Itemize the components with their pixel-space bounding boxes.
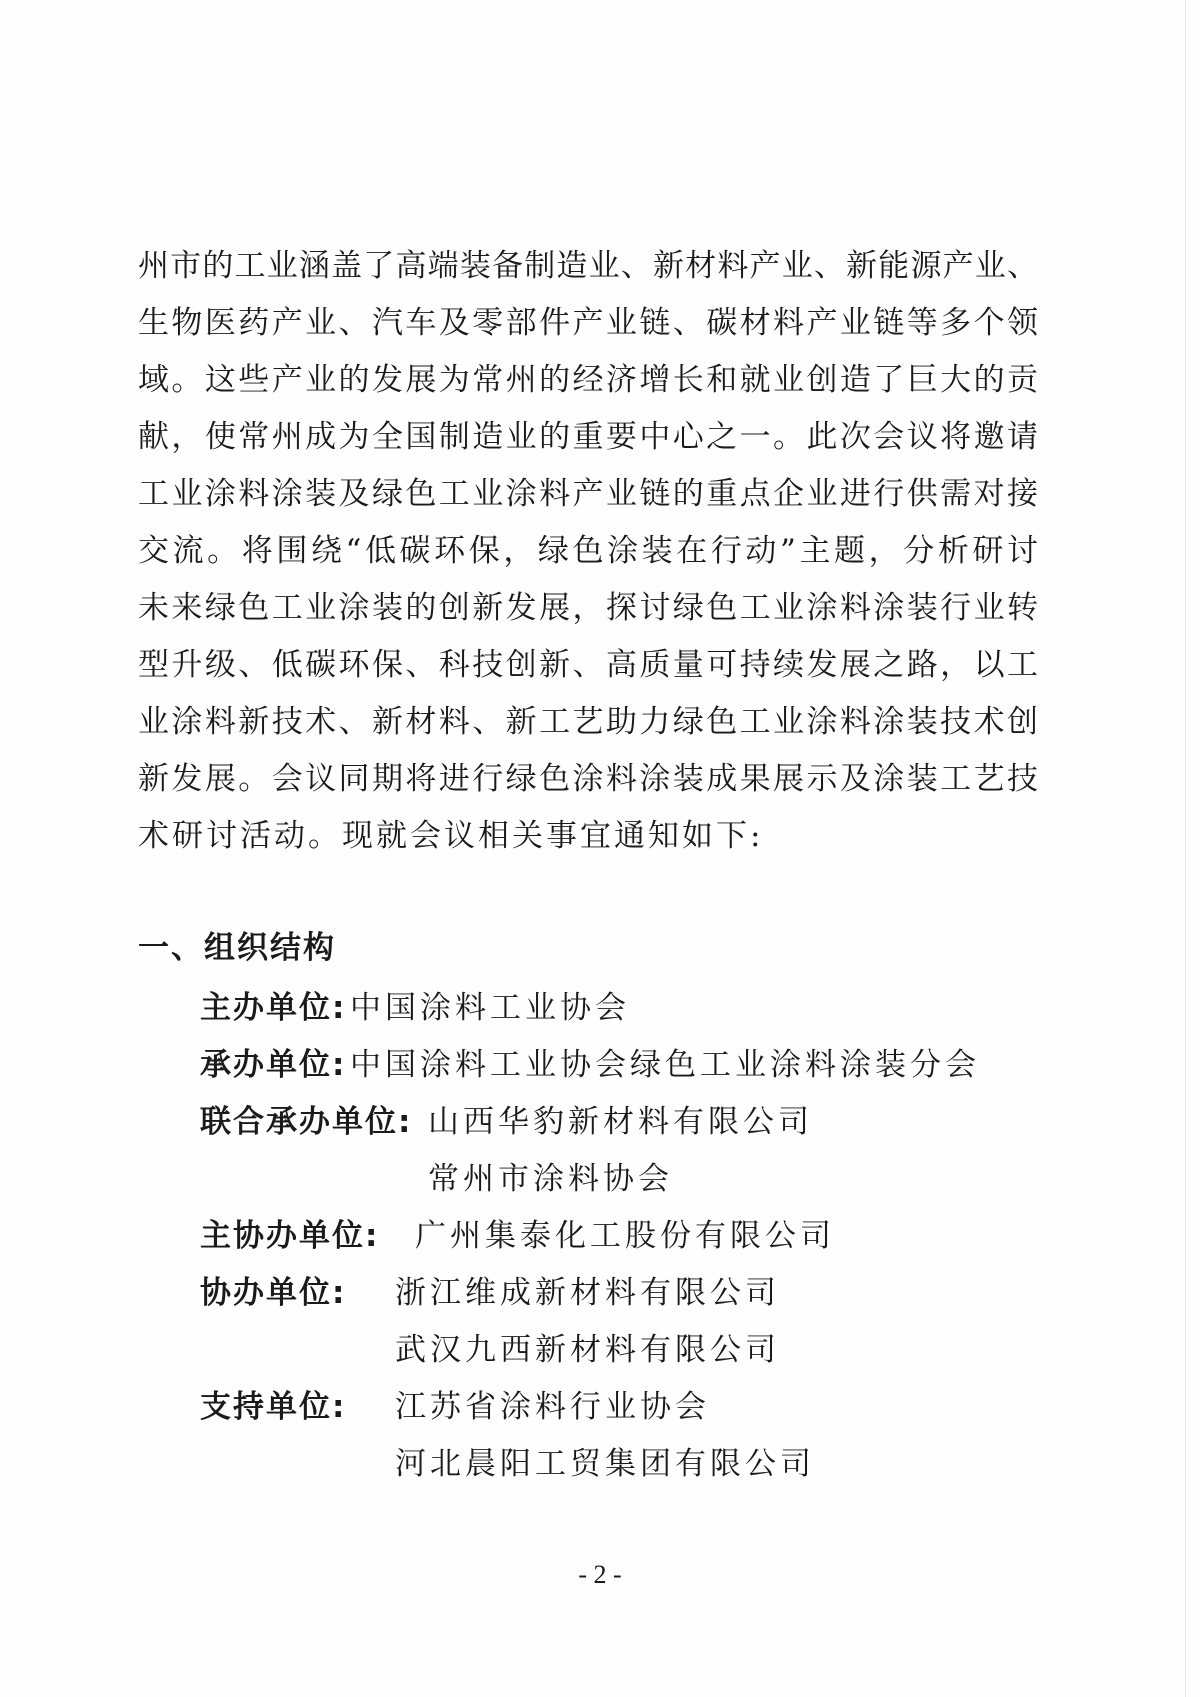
- paragraph-line: 术研讨活动。现就会议相关事宜通知如下:: [138, 808, 1038, 865]
- page-number: - 2 -: [0, 1560, 1200, 1590]
- paragraph-line: 献，使常州成为全国制造业的重要中心之一。此次会议将邀请: [138, 409, 1038, 466]
- org-label: 承办单位:: [200, 1037, 346, 1094]
- org-label: 主办单位:: [200, 980, 346, 1037]
- org-row-supporter: 支持单位: 江苏省涂料行业协会: [200, 1379, 1050, 1436]
- org-label: 支持单位:: [200, 1379, 346, 1436]
- paragraph-line: 未来绿色工业涂装的创新发展，探讨绿色工业涂料涂装行业转: [138, 580, 1038, 637]
- section-heading-organization: 一、组织结构: [138, 920, 336, 977]
- org-row-co-host-2: 武汉九西新材料有限公司: [200, 1322, 1050, 1379]
- org-value: 江苏省涂料行业协会: [395, 1379, 710, 1436]
- org-label: 协办单位:: [200, 1265, 346, 1322]
- org-row-co-host: 协办单位: 浙江维成新材料有限公司: [200, 1265, 1050, 1322]
- org-value: 中国涂料工业协会: [350, 980, 630, 1037]
- paragraph-line: 域。这些产业的发展为常州的经济增长和就业创造了巨大的贡: [138, 352, 1038, 409]
- org-row-host: 主办单位: 中国涂料工业协会: [200, 980, 1050, 1037]
- org-row-co-organizer-2: 常州市涂料协会: [200, 1151, 1050, 1208]
- org-label: 主协办单位:: [200, 1208, 379, 1265]
- org-value: 中国涂料工业协会绿色工业涂料涂装分会: [350, 1037, 980, 1094]
- scan-edge-line: [1185, 0, 1186, 1697]
- org-value: 浙江维成新材料有限公司: [395, 1265, 780, 1322]
- org-value: 河北晨阳工贸集团有限公司: [395, 1436, 815, 1493]
- org-row-supporter-2: 河北晨阳工贸集团有限公司: [200, 1436, 1050, 1493]
- org-row-main-co-host: 主协办单位: 广州集泰化工股份有限公司: [200, 1208, 1050, 1265]
- org-value: 常州市涂料协会: [428, 1151, 673, 1208]
- paragraph-line: 业涂料新技术、新材料、新工艺助力绿色工业涂料涂装技术创: [138, 694, 1038, 751]
- paragraph-line: 州市的工业涵盖了高端装备制造业、新材料产业、新能源产业、: [138, 238, 1038, 295]
- paragraph-line: 新发展。会议同期将进行绿色涂料涂装成果展示及涂装工艺技: [138, 751, 1038, 808]
- org-row-co-organizer: 联合承办单位: 山西华豹新材料有限公司: [200, 1094, 1050, 1151]
- body-paragraph: 州市的工业涵盖了高端装备制造业、新材料产业、新能源产业、 生物医药产业、汽车及零…: [138, 238, 1038, 865]
- organization-list: 主办单位: 中国涂料工业协会 承办单位: 中国涂料工业协会绿色工业涂料涂装分会 …: [200, 980, 1050, 1493]
- paragraph-line: 型升级、低碳环保、科技创新、高质量可持续发展之路，以工: [138, 637, 1038, 694]
- org-row-organizer: 承办单位: 中国涂料工业协会绿色工业涂料涂装分会: [200, 1037, 1050, 1094]
- paragraph-line: 工业涂料涂装及绿色工业涂料产业链的重点企业进行供需对接: [138, 466, 1038, 523]
- paragraph-line: 生物医药产业、汽车及零部件产业链、碳材料产业链等多个领: [138, 295, 1038, 352]
- paragraph-line: 交流。将围绕“低碳环保，绿色涂装在行动”主题，分析研讨: [138, 523, 1038, 580]
- document-page: 州市的工业涵盖了高端装备制造业、新材料产业、新能源产业、 生物医药产业、汽车及零…: [0, 0, 1200, 1697]
- org-value: 武汉九西新材料有限公司: [395, 1322, 780, 1379]
- org-value: 广州集泰化工股份有限公司: [415, 1208, 835, 1265]
- org-value: 山西华豹新材料有限公司: [428, 1094, 813, 1151]
- org-label: 联合承办单位:: [200, 1094, 412, 1151]
